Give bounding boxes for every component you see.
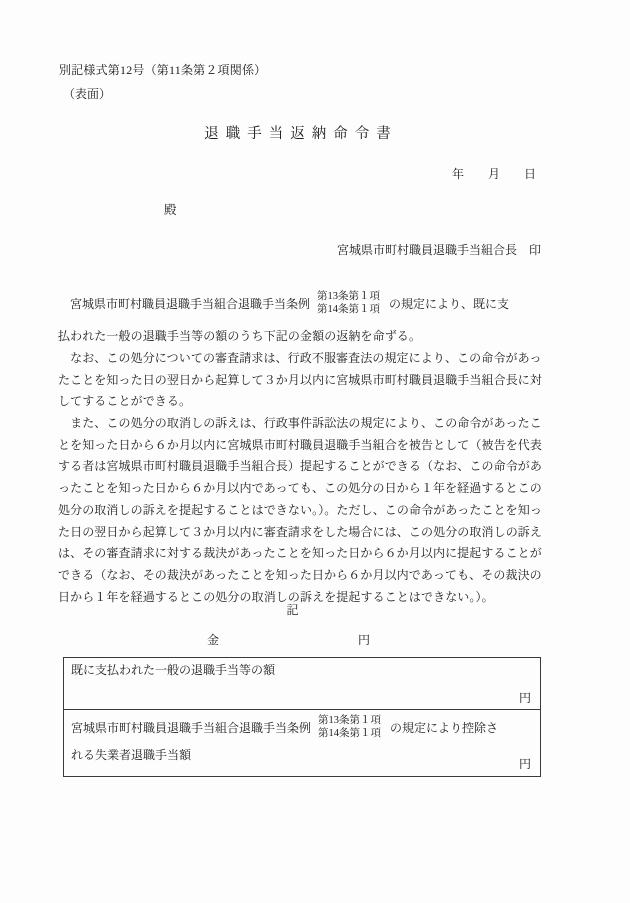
document-title: 退職手当返納命令書: [58, 122, 544, 143]
amount-prefix-kin: 金: [207, 631, 219, 648]
ordinance-name: 宮城県市町村職員退職手当組合退職手当条例: [58, 295, 310, 312]
row2-label-continuation: の規定により控除さ: [390, 719, 498, 736]
body-paragraph-1-line-1: 宮城県市町村職員退職手当組合退職手当条例 第13条第１項 第14条第１項 の規定…: [58, 288, 546, 318]
notice-ki-heading: 記: [58, 601, 528, 618]
row2-article-reference-line-2: 第14条第１項: [318, 727, 381, 740]
row1-label: 既に支払われた一般の退職手当等の額: [71, 661, 533, 678]
paragraph-1-continuation: の規定により、既に支: [389, 295, 509, 312]
body-paragraph-1-line-2: 払われた一般の退職手当等の額のうち下記の金額の返納を命ずる。: [58, 326, 546, 348]
row2-article-reference-stack: 第13条第１項 第14条第１項: [318, 714, 381, 740]
seal-mark: 印: [529, 243, 541, 257]
row2-line-2: れる失業者退職手当額: [71, 746, 533, 763]
article-reference-line-1: 第13条第１項: [317, 290, 380, 303]
issuer-name: 宮城県市町村職員退職手当組合長: [337, 243, 517, 257]
row1-unit-yen: 円: [519, 689, 531, 706]
amount-table: 既に支払われた一般の退職手当等の額 円 宮城県市町村職員退職手当組合退職手当条例…: [63, 657, 541, 777]
body-paragraph-3: また、この処分の取消しの訴えは、行政事件訴訟法の規定により、この命令があったこ …: [58, 413, 546, 608]
table-row-paid-retirement-allowance: 既に支払われた一般の退職手当等の額 円: [64, 658, 540, 710]
article-reference-stack: 第13条第１項 第14条第１項: [317, 290, 380, 316]
body-paragraph-2: なお、この処分についての審査請求は、行政不服審査法の規定により、この命令があっ …: [58, 348, 546, 413]
row2-line-1: 宮城県市町村職員退職手当組合退職手当条例 第13条第１項 第14条第１項 の規定…: [71, 713, 533, 741]
article-reference-line-2: 第14条第１項: [317, 303, 380, 316]
document-page: 別記様式第12号（第11条第２項関係） （表面） 退職手当返納命令書 年 月 日…: [0, 0, 630, 903]
row2-unit-yen: 円: [519, 755, 531, 772]
date-line: 年 月 日: [452, 165, 536, 182]
addressee-honorific: 殿: [164, 200, 177, 218]
page-side-label: （表面）: [63, 85, 111, 102]
form-number: 別記様式第12号（第11条第２項関係）: [59, 61, 266, 78]
issuer-line: 宮城県市町村職員退職手当組合長印: [337, 241, 541, 258]
row2-article-reference-line-1: 第13条第１項: [318, 714, 381, 727]
table-row-deducted-unemployment-allowance: 宮城県市町村職員退職手当組合退職手当条例 第13条第１項 第14条第１項 の規定…: [64, 710, 540, 775]
amount-suffix-yen: 円: [358, 631, 370, 648]
row2-ordinance-name: 宮城県市町村職員退職手当組合退職手当条例: [71, 719, 311, 736]
